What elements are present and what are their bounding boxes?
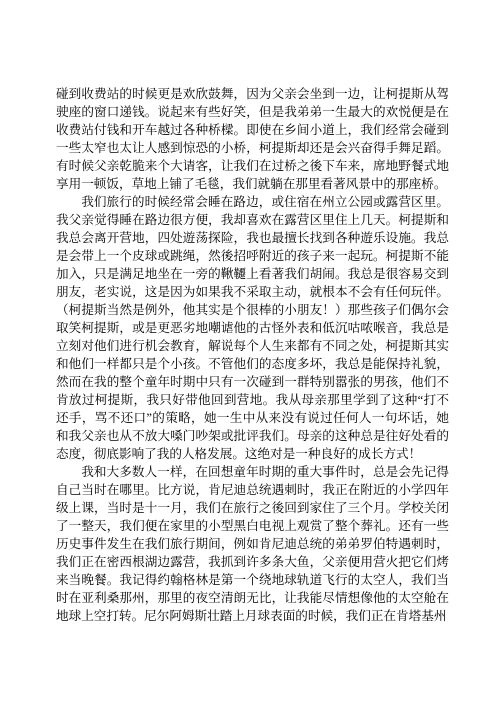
paragraph-2: 我们旅行的时候经常会睡在路边，或住宿在州立公园或露营区里。我父亲觉得睡在路边很方… (56, 193, 449, 463)
document-page: 碰到收费站的时候更是欢欣鼓舞，因为父亲会坐到一边，让柯提斯从驾驶座的窗口递钱。说… (0, 0, 501, 711)
paragraph-3: 我和大多数人一样，在回想童年时期的重大事件时，总是会先记得自己当时在哪里。比方说… (56, 463, 449, 625)
paragraph-1: 碰到收费站的时候更是欢欣鼓舞，因为父亲会坐到一边，让柯提斯从驾驶座的窗口递钱。说… (56, 85, 449, 193)
text-block: 碰到收费站的时候更是欢欣鼓舞，因为父亲会坐到一边，让柯提斯从驾驶座的窗口递钱。说… (56, 85, 449, 625)
